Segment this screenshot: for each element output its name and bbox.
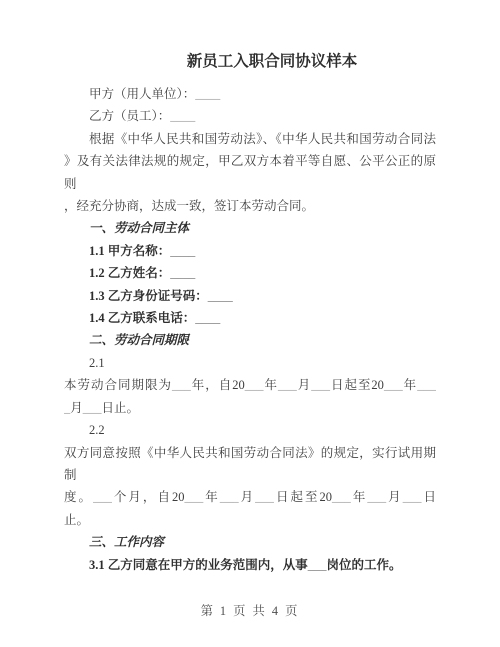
document-body: 新员工入职合同协议样本 甲方（用人单位）：____乙方（员工）：____根据《中… bbox=[0, 0, 500, 576]
doc-line: 2.2 bbox=[64, 419, 436, 441]
document-page: 新员工入职合同协议样本 甲方（用人单位）：____乙方（员工）：____根据《中… bbox=[0, 0, 500, 647]
blank-underline: ___ bbox=[255, 490, 274, 504]
doc-line: 1.1 甲方名称：____ bbox=[64, 240, 436, 262]
doc-line: 度。___个月，自20___年___月___日起至20___年___月___日 bbox=[64, 486, 436, 508]
doc-line: 止。 bbox=[64, 509, 436, 531]
blank-underline: ___ bbox=[308, 558, 327, 572]
doc-line: 1.3 乙方身份证号码：____ bbox=[64, 285, 436, 307]
doc-lines: 甲方（用人单位）：____乙方（员工）：____根据《中华人民共和国劳动法》、《… bbox=[64, 83, 436, 576]
doc-line: 》及有关法律法规的规定，甲乙双方本着平等自愿、公平公正的原则 bbox=[64, 150, 436, 195]
blank-underline: ____ bbox=[170, 109, 195, 123]
blank-underline: ___ bbox=[278, 378, 297, 392]
blank-underline: ____ bbox=[170, 244, 195, 258]
blank-underline: ___ bbox=[403, 490, 422, 504]
blank-underline: ____ bbox=[170, 266, 195, 280]
doc-line: 双方同意按照《中华人民共和国劳动合同法》的规定，实行试用期制 bbox=[64, 442, 436, 487]
doc-line: ，经充分协商，达成一致，签订本劳动合同。 bbox=[64, 195, 436, 217]
page-number: 第 1 页 共 4 页 bbox=[201, 604, 300, 618]
blank-underline: ___ bbox=[245, 378, 264, 392]
blank-underline: ____ bbox=[208, 289, 233, 303]
doc-title: 新员工入职合同协议样本 bbox=[64, 50, 436, 74]
doc-line: 2.1 bbox=[64, 352, 436, 374]
page-footer: 第 1 页 共 4 页 bbox=[0, 601, 500, 619]
blank-underline: ___ bbox=[93, 490, 112, 504]
doc-line: 1.4 乙方联系电话：____ bbox=[64, 307, 436, 329]
doc-line: 3.1 乙方同意在甲方的业务范围内，从事___岗位的工作。 bbox=[64, 554, 436, 576]
doc-line: 乙方（员工）：____ bbox=[64, 105, 436, 127]
blank-underline: ___ bbox=[417, 378, 436, 392]
doc-line: 甲方（用人单位）：____ bbox=[64, 83, 436, 105]
blank-underline: ___ bbox=[311, 378, 330, 392]
section-heading: 二、劳动合同期限 bbox=[64, 329, 436, 351]
doc-line: 根据《中华人民共和国劳动法》、《中华人民共和国劳动合同法 bbox=[64, 128, 436, 150]
blank-underline: ___ bbox=[83, 401, 102, 415]
doc-line: 1.2 乙方姓名：____ bbox=[64, 262, 436, 284]
blank-underline: ____ bbox=[195, 311, 220, 325]
blank-underline: ____ bbox=[195, 87, 220, 101]
doc-line: 本劳动合同期限为___年，自20___年___月___日起至20___年___ bbox=[64, 374, 436, 396]
section-heading: 一、劳动合同主体 bbox=[64, 217, 436, 239]
blank-underline: ___ bbox=[220, 490, 239, 504]
blank-underline: _ bbox=[64, 401, 70, 415]
blank-underline: ___ bbox=[185, 490, 204, 504]
blank-underline: ___ bbox=[367, 490, 386, 504]
blank-underline: ___ bbox=[384, 378, 403, 392]
doc-line: _月___日止。 bbox=[64, 397, 436, 419]
blank-underline: ___ bbox=[172, 378, 191, 392]
blank-underline: ___ bbox=[332, 490, 351, 504]
section-heading: 三、工作内容 bbox=[64, 531, 436, 553]
